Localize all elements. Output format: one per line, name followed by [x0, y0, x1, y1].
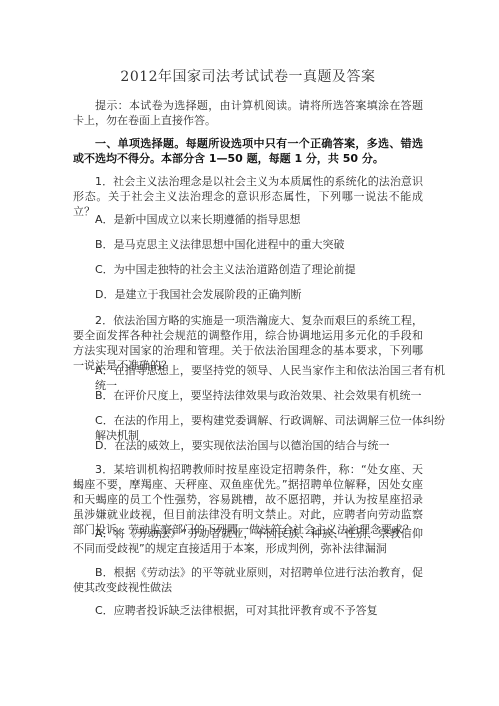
- question-3-option-c: C．应聘者投诉缺乏法律根据，可对其批评教育或不予答复: [73, 603, 445, 618]
- question-2-option-d: D．在法的威效上，要实现依法治国与以德治国的结合与统一: [73, 438, 445, 453]
- question-1-option-d: D．是建立于我国社会发展阶段的正确判断: [73, 287, 445, 302]
- document-title: 2012年国家司法考试试卷一真题及答案: [73, 66, 423, 86]
- question-1-option-c: C．为中国走独特的社会主义法治道路创造了理论前提: [73, 262, 445, 277]
- section-heading: 一、单项选择题。每题所设选项中只有一个正确答案，多选、错选或不选均不得分。本部分…: [73, 136, 423, 166]
- notice-text: 提示：本试卷为选择题，由计算机阅读。请将所选答案填涂在答题卡上，勿在卷面上直接作…: [73, 98, 423, 128]
- question-1-option-b: B．是马克思主义法律思想中国化进程中的重大突破: [73, 237, 445, 252]
- question-1-option-a: A．是新中国成立以来长期遵循的指导思想: [73, 212, 445, 227]
- question-3-option-b: B．根据《劳动法》的平等就业原则，对招聘单位进行法治教育，促使其改变歧视性做法: [73, 565, 423, 595]
- question-2-option-b: B．在评价尺度上，要坚持法律效果与政治效果、社会效果有机统一: [73, 388, 445, 403]
- question-3-option-a: A．将《劳动法》“劳动者就业，不因民族、种族、性别、宗教信仰不同而受歧视”的规定…: [73, 526, 423, 556]
